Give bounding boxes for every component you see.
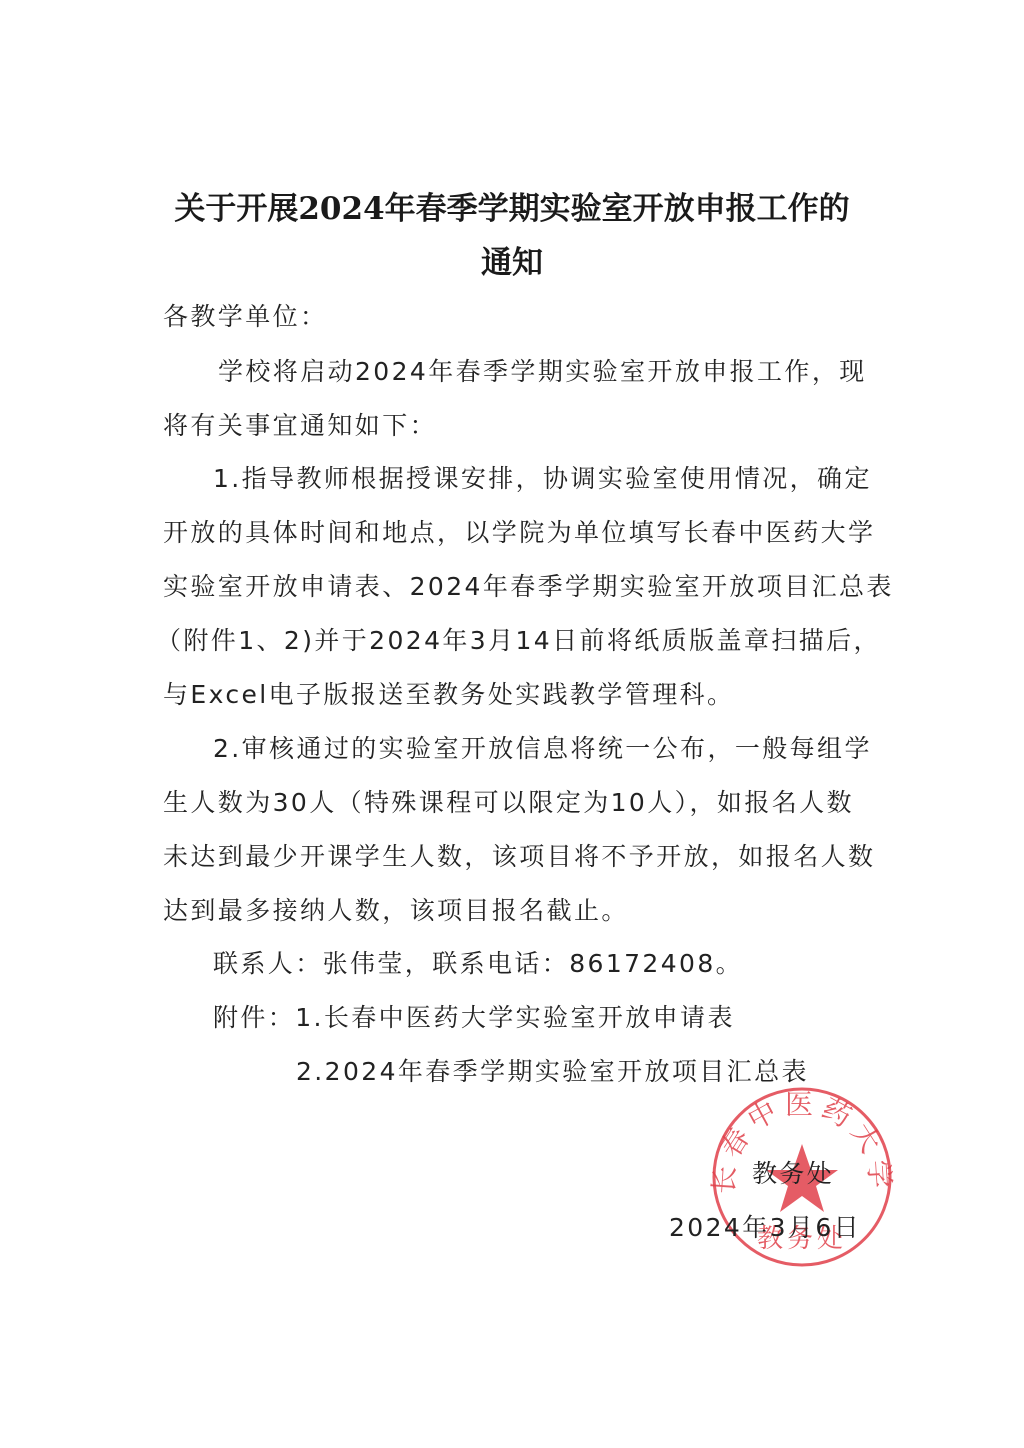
document-title-line-2: 通知 <box>0 237 1024 282</box>
contact-info: 联系人：张伟莹，联系电话：86172408。 <box>213 944 743 980</box>
issue-date: 2024年3月6日 <box>669 1208 861 1244</box>
attachments-line-1: 附件：1.长春中医药大学实验室开放申请表 <box>213 998 735 1034</box>
salutation: 各教学单位： <box>163 297 327 333</box>
item1-line-4: （附件1、2)并于2024年3月14日前将纸质版盖章扫描后， <box>156 621 881 657</box>
item2-line-4: 达到最多接纳人数，该项目报名截止。 <box>163 891 629 927</box>
item1-line-5: 与Excel电子版报送至教务处实践教学管理科。 <box>163 675 734 711</box>
item1-line-3: 实验室开放申请表、2024年春季学期实验室开放项目汇总表 <box>163 567 894 603</box>
intro-line-2: 将有关事宜通知如下： <box>163 406 437 442</box>
document-title-line-1: 关于开展2024年春季学期实验室开放申报工作的 <box>0 183 1024 228</box>
item1-line-2: 开放的具体时间和地点，以学院为单位填写长春中医药大学 <box>163 513 875 549</box>
issuer-signature: 教务处 <box>752 1154 834 1190</box>
item2-line-2: 生人数为30人（特殊课程可以限定为10人），如报名人数 <box>163 783 854 819</box>
item2-line-1: 2.审核通过的实验室开放信息将统一公布，一般每组学 <box>213 729 872 765</box>
document-page: 关于开展2024年春季学期实验室开放申报工作的 通知 各教学单位： 学校将启动2… <box>0 0 1024 1448</box>
item2-line-3: 未达到最少开课学生人数，该项目将不予开放，如报名人数 <box>163 837 875 873</box>
intro-line-1: 学校将启动2024年春季学期实验室开放申报工作，现 <box>218 352 867 388</box>
item1-line-1: 1.指导教师根据授课安排，协调实验室使用情况，确定 <box>213 459 872 495</box>
